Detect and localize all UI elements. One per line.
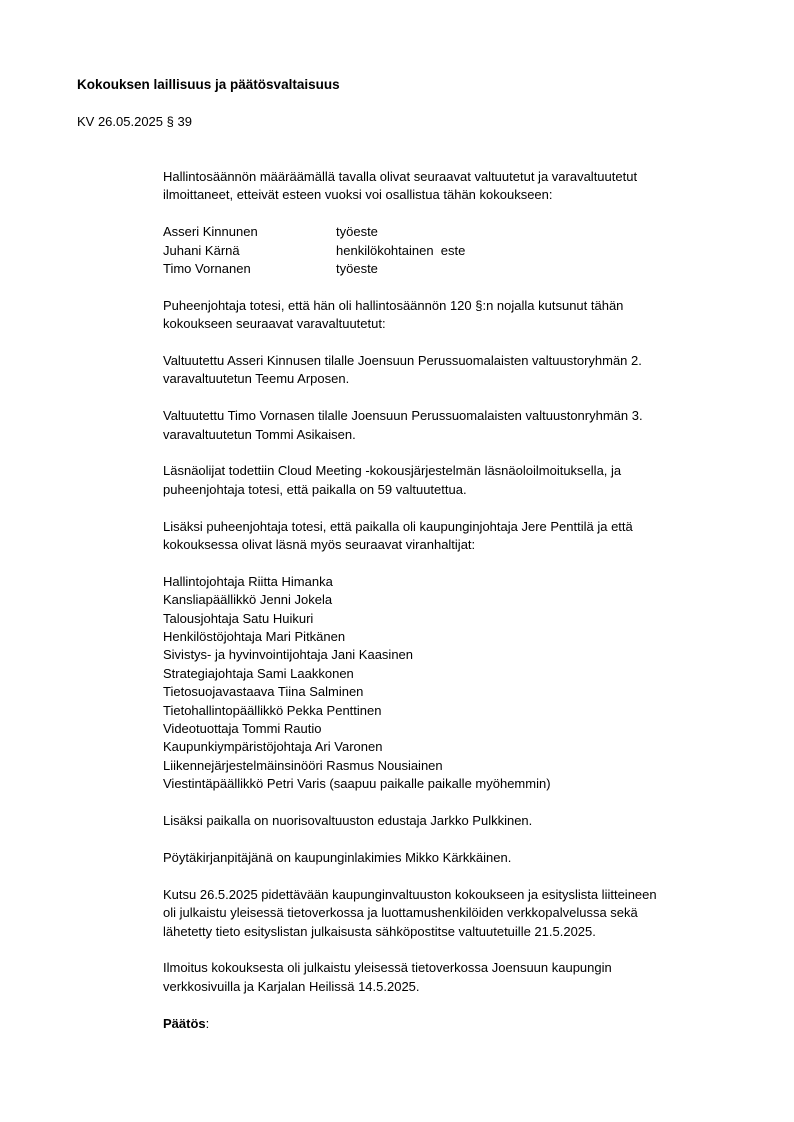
officials-list: Hallintojohtaja Riitta Himanka Kansliapä…: [163, 573, 763, 794]
text-line: puheenjohtaja totesi, että paikalla on 5…: [163, 481, 763, 499]
text-line: kokouksessa olivat läsnä myös seuraavat …: [163, 536, 763, 554]
document-body: Hallintosäännön määräämällä tavalla oliv…: [163, 168, 763, 1051]
substitute-paragraph: Valtuutettu Asseri Kinnusen tilalle Joen…: [163, 352, 763, 389]
text-line: varavaltuutetun Teemu Arposen.: [163, 370, 763, 388]
absentee-name: Juhani Kärnä: [163, 242, 336, 260]
text-line: Valtuutettu Timo Vornasen tilalle Joensu…: [163, 407, 763, 425]
intro-paragraph: Hallintosäännön määräämällä tavalla oliv…: [163, 168, 763, 205]
decision-label: Päätös: [163, 1016, 206, 1031]
absentee-row: Asseri Kinnunen työeste: [163, 223, 763, 241]
text-line: Valtuutettu Asseri Kinnusen tilalle Joen…: [163, 352, 763, 370]
absentee-reason: työeste: [336, 260, 378, 278]
text-line: Lisäksi paikalla on nuorisovaltuuston ed…: [163, 812, 763, 830]
notice-paragraph: Ilmoitus kokouksesta oli julkaistu yleis…: [163, 959, 763, 996]
decision-colon: :: [206, 1016, 210, 1031]
absentee-row: Timo Vornanen työeste: [163, 260, 763, 278]
text-line: Kutsu 26.5.2025 pidettävään kaupunginval…: [163, 886, 763, 904]
text-line: oli julkaistu yleisessä tietoverkossa ja…: [163, 904, 763, 922]
text-line: lähetetty tieto esityslistan julkaisusta…: [163, 923, 763, 941]
substitute-paragraph: Valtuutettu Timo Vornasen tilalle Joensu…: [163, 407, 763, 444]
absentee-reason: henkilökohtainen este: [336, 242, 465, 260]
official-item: Hallintojohtaja Riitta Himanka: [163, 573, 763, 591]
official-item: Tietohallintopäällikkö Pekka Penttinen: [163, 702, 763, 720]
decision-heading: Päätös:: [163, 1015, 763, 1033]
section-title: Kokouksen laillisuus ja päätösvaltaisuus: [77, 76, 340, 94]
text-line: Pöytäkirjanpitäjänä on kaupunginlakimies…: [163, 849, 763, 867]
text-line: Puheenjohtaja totesi, että hän oli halli…: [163, 297, 763, 315]
official-item: Sivistys- ja hyvinvointijohtaja Jani Kaa…: [163, 646, 763, 664]
substitutes-intro-paragraph: Puheenjohtaja totesi, että hän oli halli…: [163, 297, 763, 334]
official-item: Tietosuojavastaava Tiina Salminen: [163, 683, 763, 701]
official-item: Talousjohtaja Satu Huikuri: [163, 610, 763, 628]
text-line: Hallintosäännön määräämällä tavalla oliv…: [163, 168, 763, 186]
text-line: Ilmoitus kokouksesta oli julkaistu yleis…: [163, 959, 763, 977]
official-item: Viestintäpäällikkö Petri Varis (saapuu p…: [163, 775, 763, 793]
absentee-name: Asseri Kinnunen: [163, 223, 336, 241]
secretary-paragraph: Pöytäkirjanpitäjänä on kaupunginlakimies…: [163, 849, 763, 867]
absentees-table: Asseri Kinnunen työeste Juhani Kärnä hen…: [163, 223, 763, 278]
text-line: kokoukseen seuraavat varavaltuutetut:: [163, 315, 763, 333]
text-line: varavaltuutetun Tommi Asikaisen.: [163, 426, 763, 444]
document-page: Kokouksen laillisuus ja päätösvaltaisuus…: [0, 0, 794, 1122]
official-item: Videotuottaja Tommi Rautio: [163, 720, 763, 738]
absentee-name: Timo Vornanen: [163, 260, 336, 278]
invitation-paragraph: Kutsu 26.5.2025 pidettävään kaupunginval…: [163, 886, 763, 941]
youth-council-paragraph: Lisäksi paikalla on nuorisovaltuuston ed…: [163, 812, 763, 830]
text-line: verkkosivuilla ja Karjalan Heilissä 14.5…: [163, 978, 763, 996]
official-item: Henkilöstöjohtaja Mari Pitkänen: [163, 628, 763, 646]
absentee-row: Juhani Kärnä henkilökohtainen este: [163, 242, 763, 260]
meeting-reference: KV 26.05.2025 § 39: [77, 113, 192, 131]
attendance-paragraph: Läsnäolijat todettiin Cloud Meeting -kok…: [163, 462, 763, 499]
absentee-reason: työeste: [336, 223, 378, 241]
officials-intro-paragraph: Lisäksi puheenjohtaja totesi, että paika…: [163, 518, 763, 555]
official-item: Liikennejärjestelmäinsinööri Rasmus Nous…: [163, 757, 763, 775]
text-line: ilmoittaneet, etteivät esteen vuoksi voi…: [163, 186, 763, 204]
official-item: Kansliapäällikkö Jenni Jokela: [163, 591, 763, 609]
text-line: Läsnäolijat todettiin Cloud Meeting -kok…: [163, 462, 763, 480]
text-line: Lisäksi puheenjohtaja totesi, että paika…: [163, 518, 763, 536]
official-item: Strategiajohtaja Sami Laakkonen: [163, 665, 763, 683]
official-item: Kaupunkiympäristöjohtaja Ari Varonen: [163, 738, 763, 756]
